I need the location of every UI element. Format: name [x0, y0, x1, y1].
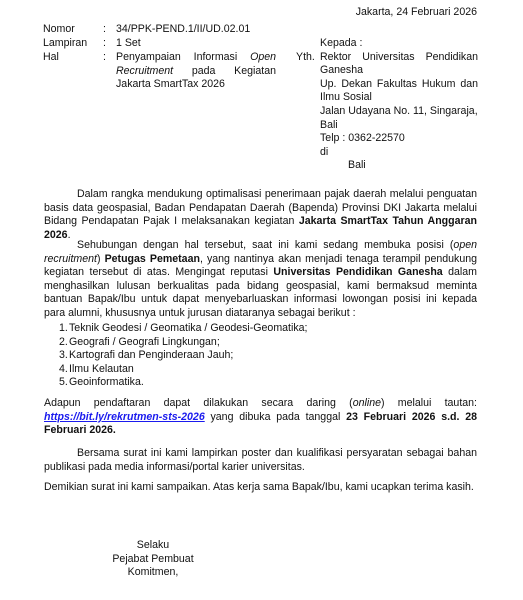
list-number: 3. — [59, 349, 69, 363]
paragraph-text: ) — [97, 253, 105, 265]
meta-colon: : — [103, 51, 106, 65]
signature-line: Selaku — [86, 539, 220, 553]
recipient-line: Rektor Universitas Pendidikan — [320, 51, 478, 65]
meta-colon: : — [103, 37, 106, 51]
recipient-line: Ilmu Sosial — [320, 91, 478, 105]
letter-date: Jakarta, 24 Februari 2026 — [356, 6, 477, 20]
list-number: 5. — [59, 376, 69, 390]
paragraph-text: Sehubungan dengan hal tersebut, saat ini… — [77, 239, 453, 251]
recipient-line: Jalan Udayana No. 11, Singaraja, — [320, 105, 478, 119]
paragraph-attachment: Bersama surat ini kami lampirkan poster … — [44, 447, 477, 474]
list-number: 2. — [59, 336, 69, 350]
paragraph-recruitment: Sehubungan dengan hal tersebut, saat ini… — [44, 239, 477, 321]
meta-value: 34/PPK-PEND.1/II/UD.02.01 — [116, 23, 276, 37]
signature-block: Selaku Pejabat Pembuat Komitmen, — [86, 539, 220, 580]
list-item: 1.Teknik Geodesi / Geomatika / Geodesi-G… — [59, 322, 307, 336]
list-item: 2.Geografi / Geografi Lingkungan; — [59, 336, 307, 350]
list-label: Geografi / Geografi Lingkungan; — [69, 336, 220, 348]
meta-label: Hal — [43, 51, 59, 65]
paragraph-text: ) melalui tautan: — [381, 397, 477, 409]
majors-list: 1.Teknik Geodesi / Geomatika / Geodesi-G… — [59, 322, 307, 390]
university-name: Universitas Pendidikan Ganesha — [273, 266, 442, 278]
paragraph-text: Adapun pendaftaran dapat dilakukan secar… — [44, 397, 353, 409]
meta-value: 1 Set — [116, 37, 276, 51]
paragraph-text: Bersama surat ini kami lampirkan poster … — [44, 447, 477, 474]
paragraph-registration: Adapun pendaftaran dapat dilakukan secar… — [44, 397, 477, 438]
paragraph-text: yang dibuka pada tanggal — [205, 411, 346, 423]
meta-label: Nomor — [43, 23, 75, 37]
list-item: 4.Ilmu Kelautan — [59, 363, 307, 377]
list-label: Teknik Geodesi / Geomatika / Geodesi-Geo… — [69, 322, 307, 334]
salutation: Yth. — [296, 51, 315, 65]
recipient-line: di — [320, 146, 478, 160]
italic-term: online — [353, 397, 381, 409]
list-label: Kartografi dan Penginderaan Jauh; — [69, 349, 233, 361]
paragraph-closing: Demikian surat ini kami sampaikan. Atas … — [44, 481, 477, 495]
list-item: 5.Geoinformatika. — [59, 376, 307, 390]
meta-label: Lampiran — [43, 37, 87, 51]
recipient-phone: Telp : 0362-22570 — [320, 132, 478, 146]
recipient-block: Kepada : Rektor Universitas Pendidikan G… — [320, 37, 478, 173]
closing-text: Demikian surat ini kami sampaikan. Atas … — [44, 481, 477, 495]
recipient-heading: Kepada : — [320, 37, 478, 51]
recipient-line: Up. Dekan Fakultas Hukum dan — [320, 78, 478, 92]
list-item: 3.Kartografi dan Penginderaan Jauh; — [59, 349, 307, 363]
list-label: Ilmu Kelautan — [69, 363, 134, 375]
recipient-line: Ganesha — [320, 64, 478, 78]
meta-colon: : — [103, 23, 106, 37]
list-number: 4. — [59, 363, 69, 377]
subject-text: Penyampaian Informasi — [116, 51, 250, 63]
list-number: 1. — [59, 322, 69, 336]
paragraph-intro: Dalam rangka mendukung optimalisasi pene… — [44, 188, 477, 242]
signature-title: Pejabat Pembuat Komitmen, — [86, 553, 220, 580]
position-name: Petugas Pemetaan — [105, 253, 200, 265]
recipient-line: Bali — [320, 119, 478, 133]
list-label: Geoinformatika. — [69, 376, 144, 388]
recipient-city: Bali — [320, 159, 478, 173]
meta-subject: Penyampaian Informasi Open Recruitment p… — [116, 51, 276, 92]
registration-link[interactable]: https://bit.ly/rekrutmen-sts-2026 — [44, 411, 205, 423]
